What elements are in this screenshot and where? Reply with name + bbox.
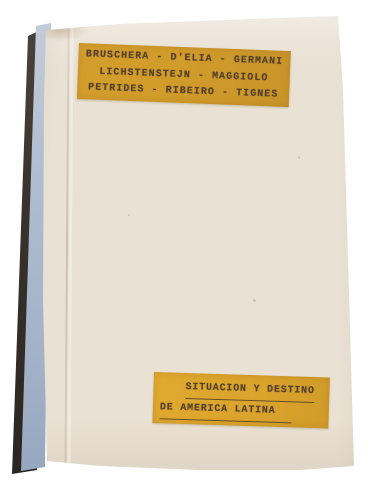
paper-speck — [253, 299, 256, 302]
book-photo: BRUSCHERA - D'ELIA - GERMANI LICHSTENSTE… — [0, 0, 369, 500]
authors-label: BRUSCHERA - D'ELIA - GERMANI LICHSTENSTE… — [77, 43, 291, 107]
title-line-2-text: DE AMERICA LATINA — [160, 398, 292, 423]
title-label: SITUACION Y DESTINO DE AMERICA LATINA — [152, 372, 330, 429]
book-cover: BRUSCHERA - D'ELIA - GERMANI LICHSTENSTE… — [0, 0, 369, 500]
paper-speck — [298, 156, 300, 159]
paper-speck — [128, 214, 130, 216]
